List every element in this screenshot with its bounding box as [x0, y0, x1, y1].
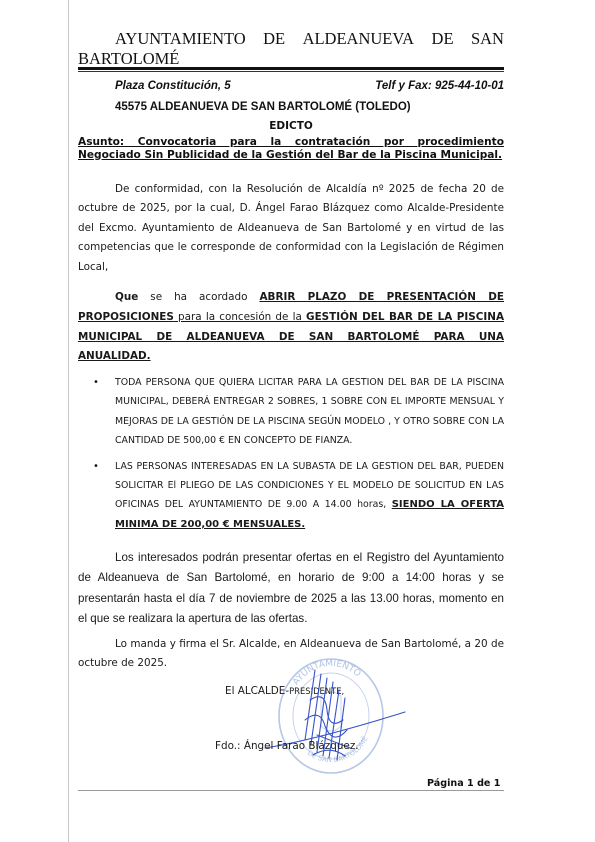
document-title: EDICTO — [78, 120, 504, 132]
paragraph-resolution-reference: De conformidad, con la Resolución de Alc… — [78, 180, 504, 277]
organization-title-word: DE — [432, 29, 454, 49]
subject-line: Asunto: Convocatoria para la contratació… — [78, 136, 504, 161]
street-address: Plaza Constitución, 5 — [115, 80, 231, 92]
header-rule-thick — [78, 67, 504, 70]
organization-title-word: ALDEANUEVA — [303, 29, 415, 49]
organization-title-line-2: BARTOLOMÉ — [78, 49, 504, 69]
list-item-text: TODA PERSONA QUE QUIERA LICITAR PARA LA … — [115, 377, 504, 446]
list-item: • LAS PERSONAS INTERESADAS EN LA SUBASTA… — [93, 457, 504, 535]
footer-rule — [78, 790, 504, 791]
signer-name: Fdo.: Ángel Farao Blázquez. — [215, 740, 359, 752]
paragraph-submission: Los interesados podrán presentar ofertas… — [78, 548, 504, 630]
organization-title-word: SAN — [471, 29, 504, 49]
page-number: Página 1 de 1 — [427, 778, 500, 789]
bullet-icon: • — [93, 457, 99, 476]
address-row: Plaza Constitución, 5 Telf y Fax: 925-44… — [115, 80, 504, 92]
paragraph-agreement: Que se ha acordado ABRIR PLAZO DE PRESEN… — [78, 288, 504, 367]
organization-title: AYUNTAMIENTODEALDEANUEVADESAN BARTOLOMÉ — [78, 29, 504, 69]
handwritten-signature-icon — [255, 660, 415, 780]
list-item: • TODA PERSONA QUE QUIERA LICITAR PARA L… — [93, 373, 504, 451]
page-margin-line — [68, 0, 69, 842]
postal-city: 45575 ALDEANUEVA DE SAN BARTOLOMÉ (TOLED… — [115, 101, 411, 113]
agreement-text: se ha acordado — [138, 291, 259, 303]
bullet-icon: • — [93, 373, 99, 392]
organization-title-word: AYUNTAMIENTO — [115, 29, 246, 49]
agreement-emphasis-2: para la concesión de la — [174, 311, 306, 323]
organization-title-line-1: AYUNTAMIENTODEALDEANUEVADESAN — [78, 29, 504, 49]
conditions-list: • TODA PERSONA QUE QUIERA LICITAR PARA L… — [93, 373, 504, 534]
organization-title-word: DE — [263, 29, 285, 49]
header-rule-thin — [78, 71, 504, 72]
phone-fax: Telf y Fax: 925-44-10-01 — [375, 80, 504, 92]
agreement-lead: Que — [115, 291, 138, 303]
